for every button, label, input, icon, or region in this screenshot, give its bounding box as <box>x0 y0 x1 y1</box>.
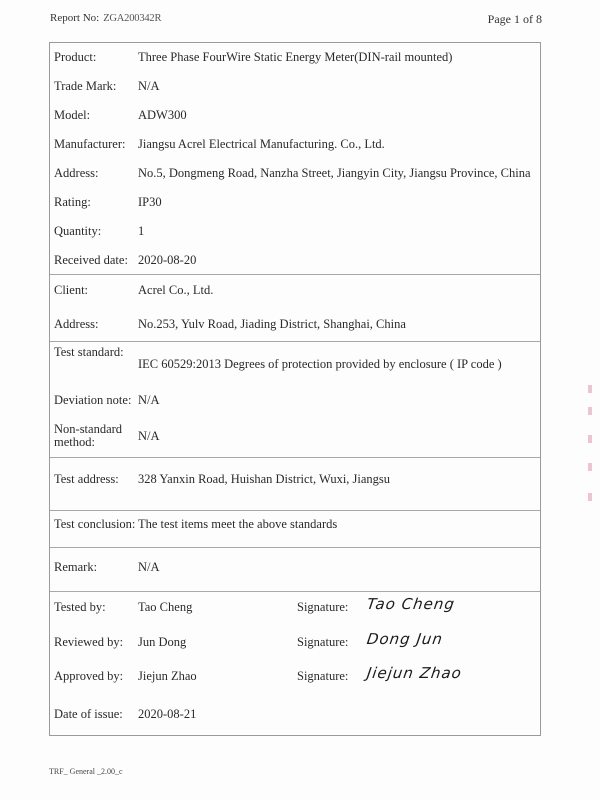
field-value: ADW300 <box>138 108 187 123</box>
field-label: Tested by: <box>54 600 106 615</box>
page-indicator: Page 1 of 8 <box>488 12 542 27</box>
report-summary-table: Product: Three Phase FourWire Static Ene… <box>49 42 541 736</box>
divider <box>50 457 540 458</box>
field-value: N/A <box>138 429 160 444</box>
field-value: 1 <box>138 224 144 239</box>
field-value: The test items meet the above standards <box>138 517 337 532</box>
field-label-line: method: <box>54 436 122 449</box>
field-value: Jun Dong <box>138 635 186 650</box>
field-nonstandard-label: Non-standard method: <box>54 423 122 449</box>
field-value: N/A <box>138 560 160 575</box>
field-label: Quantity: <box>54 224 101 239</box>
field-label: Date of issue: <box>54 707 123 722</box>
field-value: 2020-08-20 <box>138 253 196 268</box>
field-value: Tao Cheng <box>138 600 192 615</box>
report-number-value: ZGA200342R <box>103 13 161 24</box>
field-label: Remark: <box>54 560 97 575</box>
signature-label: Signature: <box>297 635 348 650</box>
field-value: Three Phase FourWire Static Energy Meter… <box>138 50 452 65</box>
field-label: Test conclusion: <box>54 517 135 532</box>
stamp-mark <box>588 385 594 505</box>
field-value: Jiangsu Acrel Electrical Manufacturing. … <box>138 137 385 152</box>
field-value: N/A <box>138 393 160 408</box>
field-label: Manufacturer: <box>54 137 126 152</box>
field-label: Test standard: <box>54 345 124 360</box>
field-label: Rating: <box>54 195 91 210</box>
report-number: Report No:ZGA200342R <box>50 12 161 24</box>
handwritten-signature: Tao Cheng <box>366 595 456 613</box>
field-value: Acrel Co., Ltd. <box>138 283 213 298</box>
field-label: Address: <box>54 166 98 181</box>
field-label: Deviation note: <box>54 393 131 408</box>
divider <box>50 591 540 592</box>
field-label: Address: <box>54 317 98 332</box>
field-label: Model: <box>54 108 90 123</box>
field-value: 328 Yanxin Road, Huishan District, Wuxi,… <box>138 472 390 487</box>
field-label: Trade Mark: <box>54 79 116 94</box>
field-value: IP30 <box>138 195 162 210</box>
signature-label: Signature: <box>297 669 348 684</box>
divider <box>50 547 540 548</box>
field-value: Jiejun Zhao <box>138 669 197 684</box>
field-label: Approved by: <box>54 669 123 684</box>
divider <box>50 274 540 275</box>
field-label: Client: <box>54 283 88 298</box>
report-number-label: Report No: <box>50 12 99 24</box>
field-value: No.5, Dongmeng Road, Nanzha Street, Jian… <box>138 166 531 181</box>
field-value: No.253, Yulv Road, Jiading District, Sha… <box>138 317 406 332</box>
field-label: Received date: <box>54 253 128 268</box>
field-value: 2020-08-21 <box>138 707 196 722</box>
divider <box>50 510 540 511</box>
divider <box>50 341 540 342</box>
field-label: Reviewed by: <box>54 635 123 650</box>
field-label: Product: <box>54 50 96 65</box>
form-code: TRF_ General _2.00_c <box>49 767 123 776</box>
handwritten-signature: Jiejun Zhao <box>366 664 463 682</box>
field-value: N/A <box>138 79 160 94</box>
field-label: Test address: <box>54 472 119 487</box>
handwritten-signature: Dong Jun <box>366 630 444 648</box>
signature-label: Signature: <box>297 600 348 615</box>
field-value: IEC 60529:2013 Degrees of protection pro… <box>138 357 502 372</box>
